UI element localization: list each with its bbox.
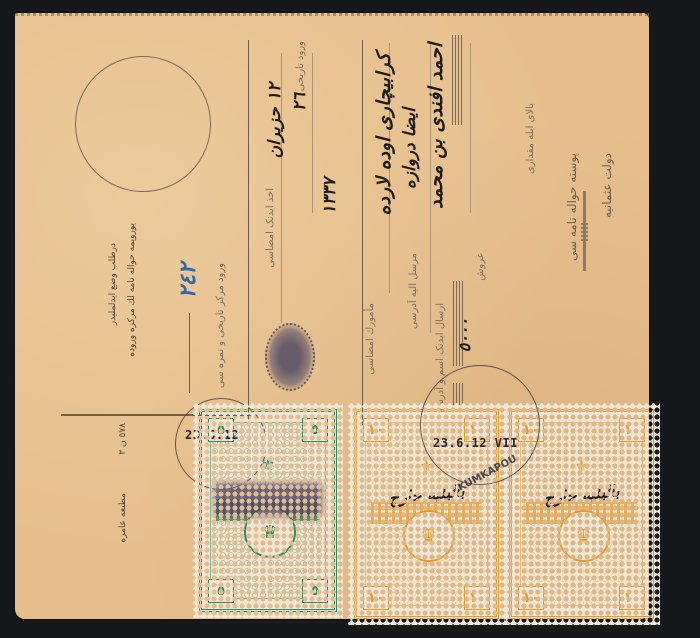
handwritten-line-3: کرابیچاری اوده لارده: [373, 53, 395, 215]
stamp-design: ⚜ ٥ ٥ ٥ ٥ ♛: [199, 409, 337, 612]
tughra-icon: ♛: [558, 510, 610, 562]
ornament-divider: [583, 191, 586, 271]
amount-guide-bars: [452, 35, 462, 125]
cancel-smudge: [214, 483, 322, 517]
header-sub-label: بالای ابله مقداری: [525, 103, 536, 174]
blue-pencil-notation: ٢٤٢: [175, 263, 201, 298]
crest-icon: ⚜: [574, 457, 588, 476]
column-rule: [470, 43, 471, 213]
label-recipient: مرسل الیه آدرسی: [408, 253, 419, 329]
column-rule: [189, 313, 190, 393]
side-note-2: درطلب وضع ایدلملیدر: [108, 243, 118, 325]
label-arrival: اخذ ایدنک امضاسی: [265, 188, 276, 268]
handwritten-date-b: ١٣٣٧: [320, 178, 340, 215]
header-title: دولت عثمانیه: [600, 153, 614, 218]
column-rule: [312, 53, 313, 213]
handwritten-amount: ٥٠٠٠: [455, 318, 474, 352]
header-subtitle: پوسته حواله نامه سی: [565, 153, 579, 261]
side-note-1: یورویمه حواله نامه لك مرکزه وروده: [127, 223, 137, 357]
column-rule: [248, 40, 249, 420]
money-order-card: دولت عثمانیه پوسته حواله نامه سی بالای ا…: [15, 13, 649, 619]
postmark-circle: [420, 365, 540, 485]
handwritten-line-1: احمد افندی بن محمد: [425, 43, 447, 209]
postmark-date: 23.6.12 VII: [433, 436, 518, 450]
handwritten-line-2: ایضا دروازه: [400, 108, 420, 189]
form-number: ٥٧٨ ن ٣: [118, 423, 128, 455]
label-office: مأمورك امضاسی: [365, 303, 376, 375]
tughra-icon: ♛: [403, 510, 455, 562]
crest-icon: ⚜: [261, 455, 275, 474]
printer-imprint: مطبعه عامره: [118, 493, 128, 543]
oval-seal-cachet: [265, 323, 315, 391]
label-receipt-date: ورود تاریخی: [295, 41, 306, 91]
stamp-green-5: ⚜ ٥ ٥ ٥ ٥ ♛: [193, 403, 343, 618]
column-rule: [362, 40, 363, 425]
label-notes: ورود مرکز تاریخی و نمره سی: [215, 263, 226, 388]
handwritten-date-c: ٢٦: [290, 93, 310, 111]
date-stamp-circle: [75, 56, 211, 192]
handwritten-date-a: ١٢ حزیران: [265, 83, 285, 158]
label-amount: غروش: [475, 253, 486, 281]
